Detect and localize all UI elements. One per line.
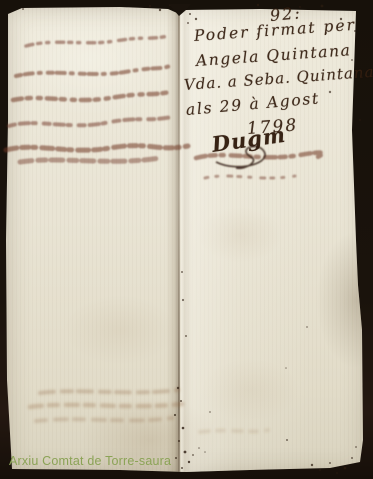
fold-crease-line bbox=[178, 0, 180, 479]
archive-watermark: Arxiu Comtat de Torre-saura bbox=[9, 454, 171, 468]
photo-frame: 92: Poder firmat per Angela Quintana Vda… bbox=[0, 0, 373, 479]
fold-crease-shadow bbox=[166, 0, 192, 479]
